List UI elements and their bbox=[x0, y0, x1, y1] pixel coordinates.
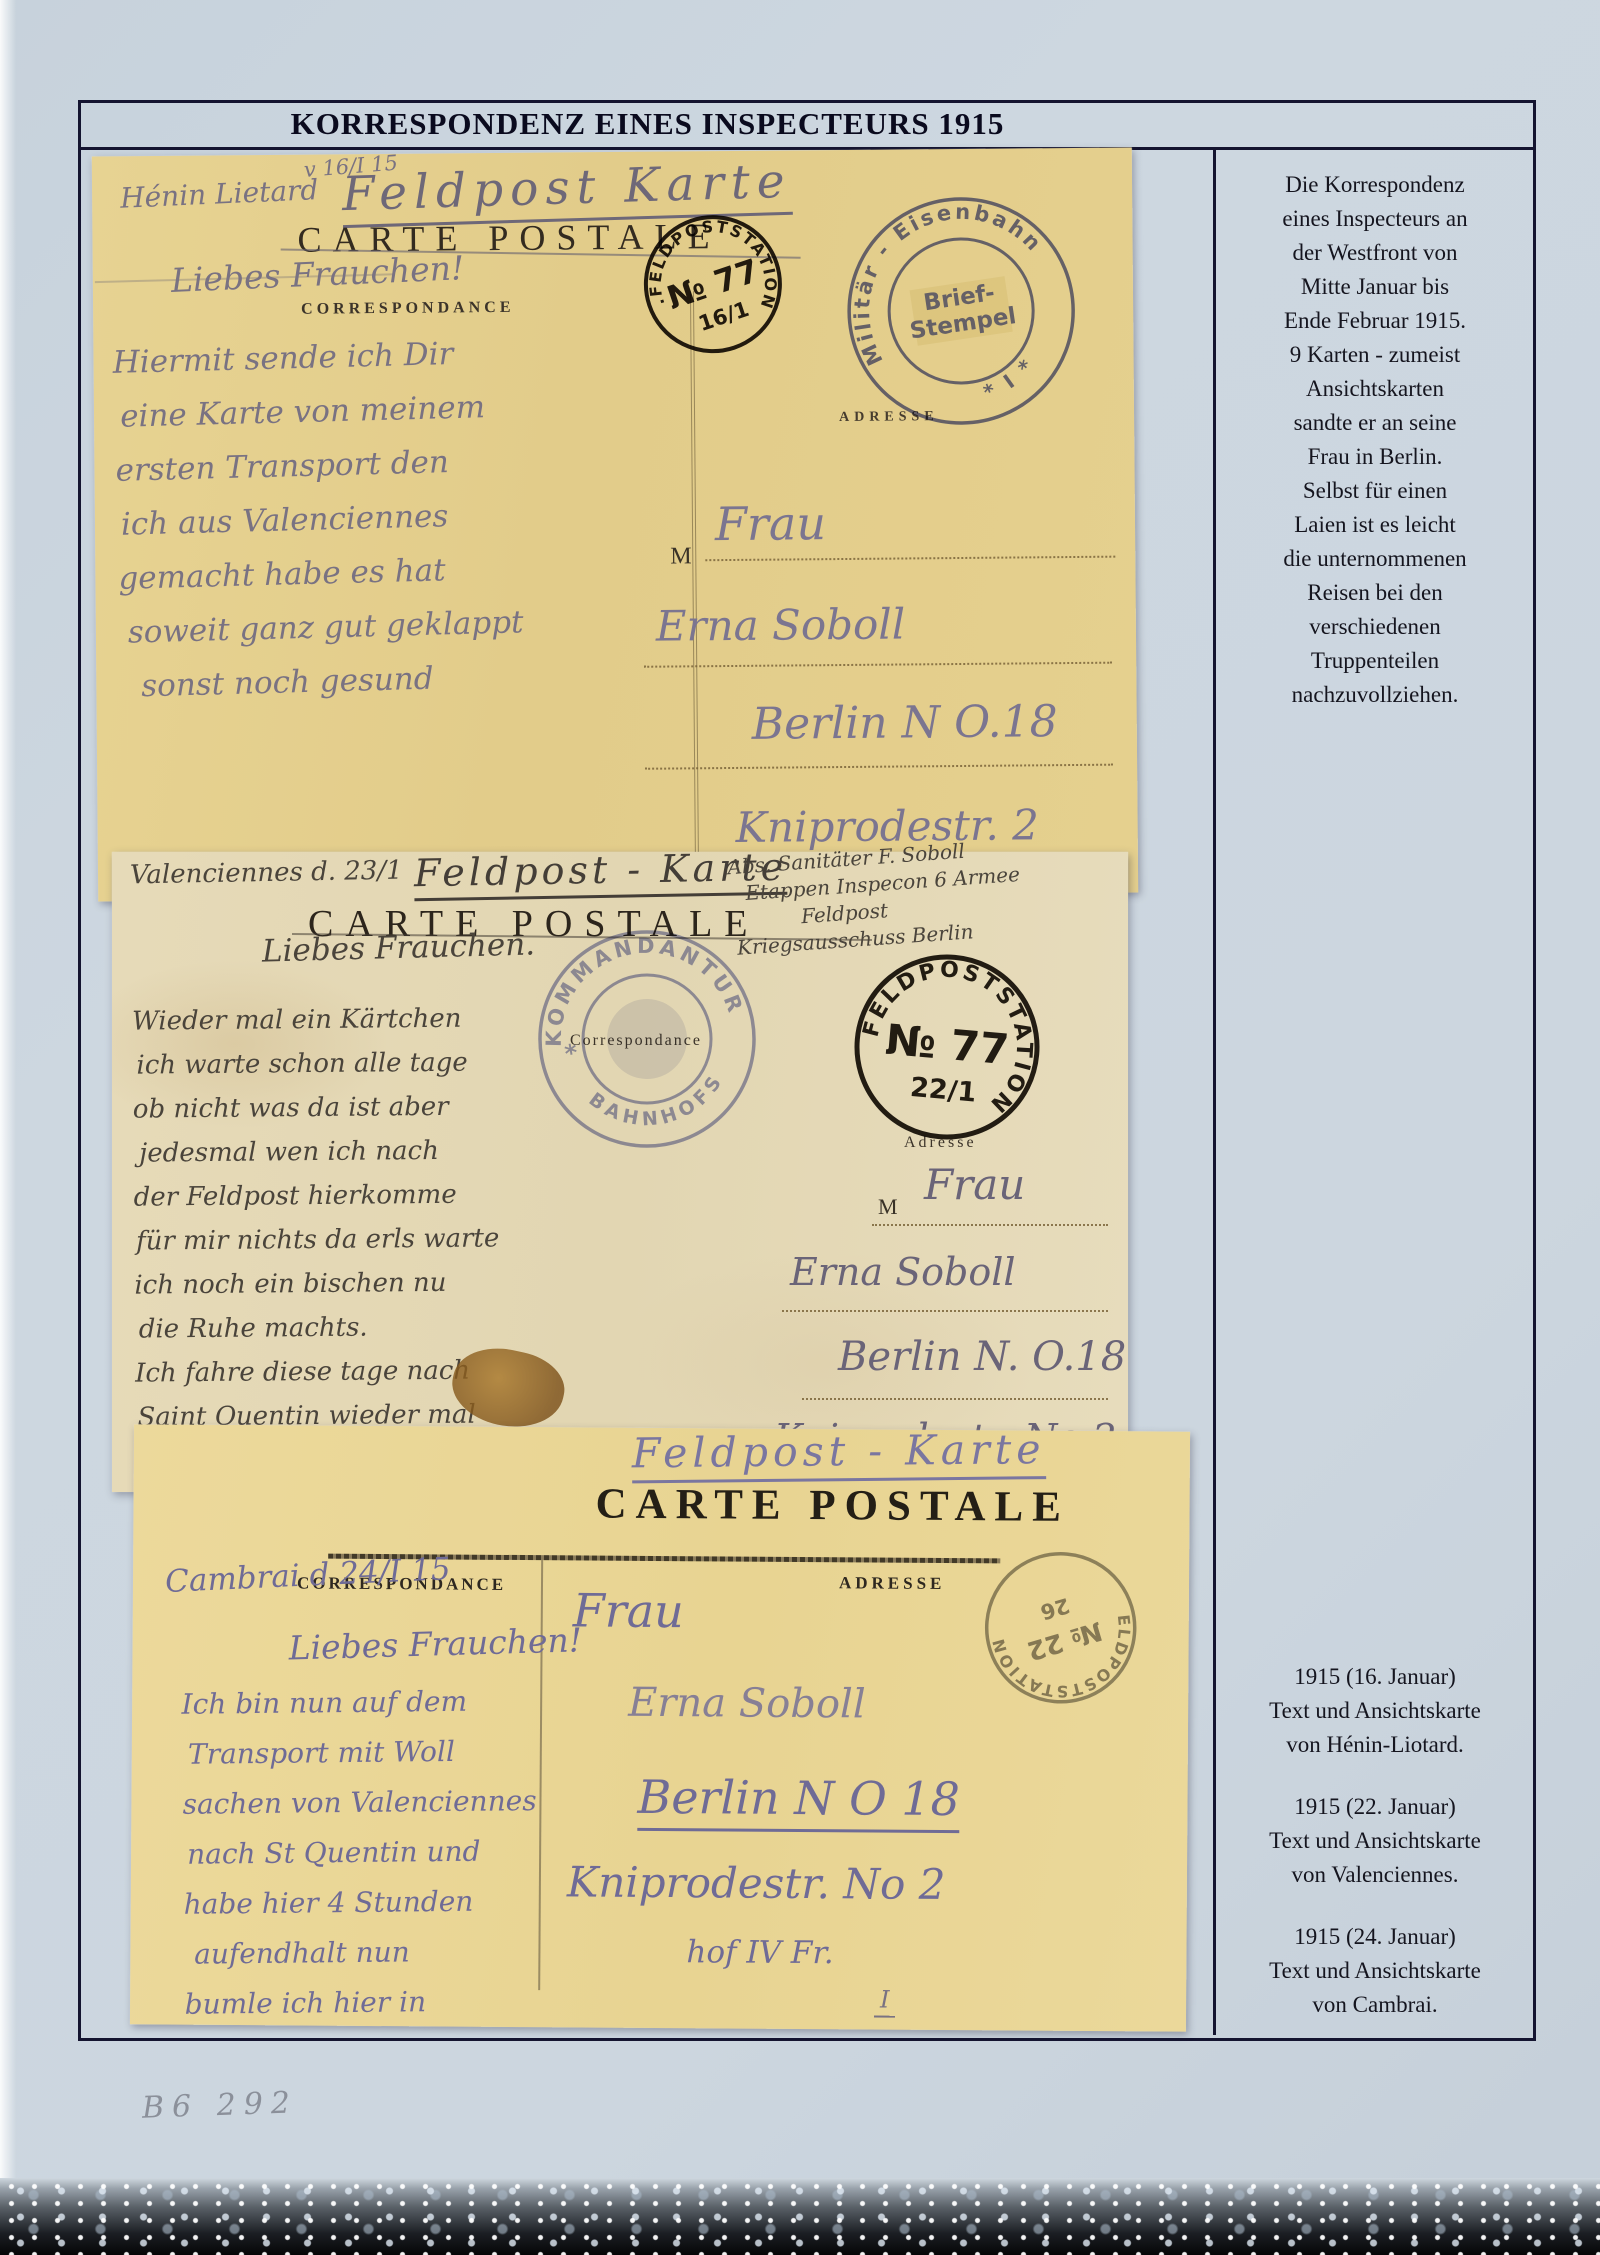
card-column-divider bbox=[690, 291, 699, 881]
caption-henin: 1915 (16. Januar) Text und Ansichtskarte… bbox=[1222, 1660, 1528, 1762]
m-label: M bbox=[878, 1194, 898, 1220]
handwriting-line: aufendhalt nun bbox=[194, 1926, 539, 1980]
pencil-mark: I bbox=[874, 1986, 896, 2018]
handwritten-feldpost-karte: Feldpost - Karte bbox=[632, 1425, 1046, 1483]
sidebar-description: Die Korrespondenz eines Inspecteurs an d… bbox=[1222, 168, 1528, 712]
correspondance-header: CORRESPONDANCE bbox=[301, 299, 514, 319]
feldpoststation-postmark-77: K.D.FELDPOSTSTATION № 77 22/1 bbox=[839, 939, 1056, 1156]
handwriting-line: bumle ich hier in bbox=[184, 1976, 539, 2030]
address-dotted-line bbox=[645, 764, 1113, 770]
carte-postale-title: CARTE POSTALE bbox=[595, 1480, 1070, 1532]
sidebar-divider bbox=[1213, 147, 1216, 2035]
address-dotted-line bbox=[782, 1310, 1108, 1312]
svg-text:FELDPOSTSTATION: FELDPOSTSTATION bbox=[988, 1593, 1166, 1733]
m-label: M bbox=[670, 543, 692, 570]
caption-cambrai: 1915 (24. Januar) Text und Ansichtskarte… bbox=[1222, 1920, 1528, 2022]
handwriting-line: ich noch ein bischen nu bbox=[134, 1260, 500, 1307]
militaer-eisenbahn-brief-stempel: Militär - Eisenbahn * I * Brief- Stempel bbox=[840, 190, 1082, 432]
svg-text:22/1: 22/1 bbox=[909, 1072, 978, 1109]
album-binder-metal-strip bbox=[0, 2178, 1600, 2255]
correspondence-body: Hiermit sende ich Dir eine Karte von mei… bbox=[112, 325, 526, 713]
handwriting-line: sachen von Valenciennes bbox=[182, 1776, 537, 1830]
handwriting-line: Wieder mal ein Kärtchen bbox=[132, 996, 498, 1043]
page-title: KORRESPONDENZ EINES INSPECTEURS 1915 bbox=[80, 106, 1215, 142]
address-line: Berlin N O.18 bbox=[752, 696, 1058, 750]
handwriting-line: ich warte schon alle tage bbox=[136, 1040, 498, 1087]
svg-text:*: * bbox=[563, 1038, 581, 1068]
address-line: Erna Soboll bbox=[790, 1250, 1016, 1294]
collector-pencil-note: B6 292 bbox=[141, 2085, 298, 2125]
postcard-cambrai: Feldpost - Karte CARTE POSTALE CORRESPON… bbox=[130, 1424, 1190, 2031]
salutation: Liebes Frauchen! bbox=[170, 248, 465, 300]
svg-text:№ 77: № 77 bbox=[884, 1015, 1011, 1075]
handwriting-line: der Feldpost hierkomme bbox=[133, 1172, 499, 1219]
address-dotted-line bbox=[644, 662, 1112, 668]
handwritten-place: Valenciennes d. 23/1 bbox=[130, 856, 403, 891]
kommandantur-bahnhof-stamp: KOMMANDANTUR BAHNHOFS * bbox=[514, 906, 780, 1172]
address-dotted-line bbox=[802, 1398, 1108, 1400]
handwriting-line: eine Karte von meinem bbox=[119, 379, 518, 443]
album-page-scan: KORRESPONDENZ EINES INSPECTEURS 1915 Die… bbox=[0, 0, 1600, 2255]
handwritten-place: Hénin Lietard bbox=[119, 173, 319, 215]
handwriting-line: Transport mit Woll bbox=[188, 1726, 537, 1780]
scan-edge-glare bbox=[0, 0, 16, 2255]
svg-text:№ 22: № 22 bbox=[1023, 1615, 1105, 1666]
postcard-valenciennes: Valenciennes d. 23/1 Feldpost - Karte CA… bbox=[112, 852, 1128, 1492]
salutation: Liebes Frauchen. bbox=[262, 926, 536, 969]
address-line: Frau bbox=[924, 1160, 1025, 1209]
address-line: Kniprodestr. No 2 bbox=[567, 1857, 946, 1909]
salutation: Liebes Frauchen! bbox=[288, 1620, 582, 1667]
postcard-henin-liotard: Hénin Lietard v 16/I 15 Feldpost Karte C… bbox=[92, 147, 1138, 901]
address-line: Berlin N. O.18 bbox=[838, 1334, 1126, 1380]
handwriting-line: soweit ganz gut geklappt bbox=[127, 595, 524, 659]
svg-text:26: 26 bbox=[1038, 1593, 1073, 1624]
address-line: Erna Soboll bbox=[628, 1680, 866, 1728]
address-line: Erna Soboll bbox=[656, 599, 906, 650]
handwriting-line: sonst noch gesund bbox=[141, 649, 526, 713]
handwriting-line: ob nicht was da ist aber bbox=[133, 1084, 499, 1131]
adresse-header: ADRESSE bbox=[839, 1573, 946, 1594]
handwriting-line: die Ruhe machts. bbox=[139, 1304, 501, 1351]
address-dotted-line bbox=[705, 556, 1115, 562]
address-dotted-line bbox=[872, 1224, 1108, 1226]
correspondence-body: Ich bin nun auf dem Transport mit Woll s… bbox=[181, 1676, 539, 2030]
handwriting-line: jedesmal wen ich nach bbox=[139, 1128, 499, 1175]
faint-feldpoststation-postmark-22: FELDPOSTSTATION № 22 26 bbox=[955, 1522, 1166, 1733]
address-line: Berlin N O 18 bbox=[637, 1770, 960, 1833]
handwriting-line: nach St Quentin und bbox=[187, 1826, 538, 1880]
address-line: hof IV Fr. bbox=[686, 1934, 833, 1971]
correspondence-body: Wieder mal ein Kärtchen ich warte schon … bbox=[132, 996, 502, 1483]
address-line: Frau bbox=[573, 1583, 684, 1638]
handwriting-line: Ich bin nun auf dem bbox=[181, 1676, 536, 1730]
address-line: Frau bbox=[715, 496, 826, 551]
caption-valenciennes: 1915 (22. Januar) Text und Ansichtskarte… bbox=[1222, 1790, 1528, 1892]
handwriting-line: Ich fahre diese tage nach bbox=[135, 1348, 501, 1395]
handwriting-line: für mir nichts da erls warte bbox=[136, 1216, 500, 1263]
handwriting-line: habe hier 4 Stunden bbox=[183, 1876, 538, 1930]
svg-text:Militär - Eisenbahn: Militär - Eisenbahn bbox=[840, 190, 1049, 373]
